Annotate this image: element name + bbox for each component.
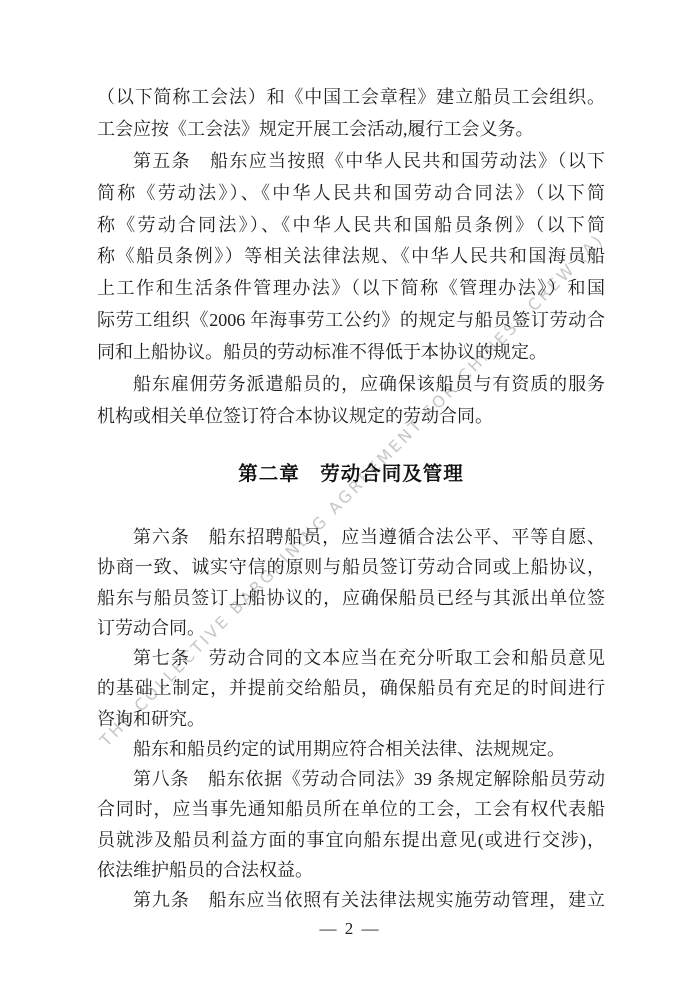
text-line: 际劳工组织《2006 年海事劳工公约》的规定与船员签订劳动合 bbox=[97, 305, 605, 337]
text-line: 第七条 劳动合同的文本应当在充分听取工会和船员意见 bbox=[97, 643, 605, 673]
text-line: （以下简称工会法）和《中国工会章程》建立船员工会组织。 bbox=[97, 82, 605, 114]
text-line: 船东与船员签订上船协议的，应确保船员已经与其派出单位签 bbox=[97, 583, 605, 613]
chapter-heading: 第二章 劳动合同及管理 bbox=[97, 458, 605, 486]
text-line: 称《劳动合同法》）、《中华人民共和国船员条例》（以下简 bbox=[97, 210, 605, 242]
document-page: THE COLLECTIVE BARGAINING AGREEMENT FOR … bbox=[0, 0, 700, 990]
text-line: 订劳动合同。 bbox=[97, 613, 605, 643]
text-line: 的基础上制定，并提前交给船员，确保船员有充足的时间进行 bbox=[97, 673, 605, 703]
text-line: 员就涉及船员利益方面的事宜向船东提出意见(或进行交涉)， bbox=[97, 825, 605, 855]
text-line: 咨询和研究。 bbox=[97, 704, 605, 734]
text-line: 工会应按《工会法》规定开展工会活动,履行工会义务。 bbox=[97, 114, 605, 146]
text-line: 合同时，应当事先通知船员所在单位的工会，工会有权代表船 bbox=[97, 794, 605, 824]
text-line: 机构或相关单位签订符合本协议规定的劳动合同。 bbox=[97, 401, 605, 433]
text-line: 第六条 船东招聘船员，应当遵循合法公平、平等自愿、 bbox=[97, 522, 605, 552]
text-line: 上工作和生活条件管理办法》（以下简称《管理办法》）和国 bbox=[97, 273, 605, 305]
text-line: 协商一致、诚实守信的原则与船员签订劳动合同或上船协议， bbox=[97, 552, 605, 582]
text-line: 依法维护船员的合法权益。 bbox=[97, 855, 605, 885]
page-number: — 2 — bbox=[0, 919, 700, 939]
upper-paragraph-block: （以下简称工会法）和《中国工会章程》建立船员工会组织。 工会应按《工会法》规定开… bbox=[97, 82, 605, 433]
text-line: 简称《劳动法》）、《中华人民共和国劳动合同法》（以下简 bbox=[97, 178, 605, 210]
text-line: 第九条 船东应当依照有关法律法规实施劳动管理，建立 bbox=[97, 885, 605, 915]
text-line: 称《船员条例》）等相关法律法规、《中华人民共和国海员船 bbox=[97, 241, 605, 273]
text-line: 船东雇佣劳务派遣船员的，应确保该船员与有资质的服务 bbox=[97, 369, 605, 401]
text-line: 第八条 船东依据《劳动合同法》39 条规定解除船员劳动 bbox=[97, 764, 605, 794]
text-line: 同和上船协议。船员的劳动标准不得低于本协议的规定。 bbox=[97, 337, 605, 369]
lower-paragraph-block: 第六条 船东招聘船员，应当遵循合法公平、平等自愿、 协商一致、诚实守信的原则与船… bbox=[97, 522, 605, 915]
text-line: 第五条 船东应当按照《中华人民共和国劳动法》（以下 bbox=[97, 146, 605, 178]
text-line: 船东和船员约定的试用期应符合相关法律、法规规定。 bbox=[97, 734, 605, 764]
